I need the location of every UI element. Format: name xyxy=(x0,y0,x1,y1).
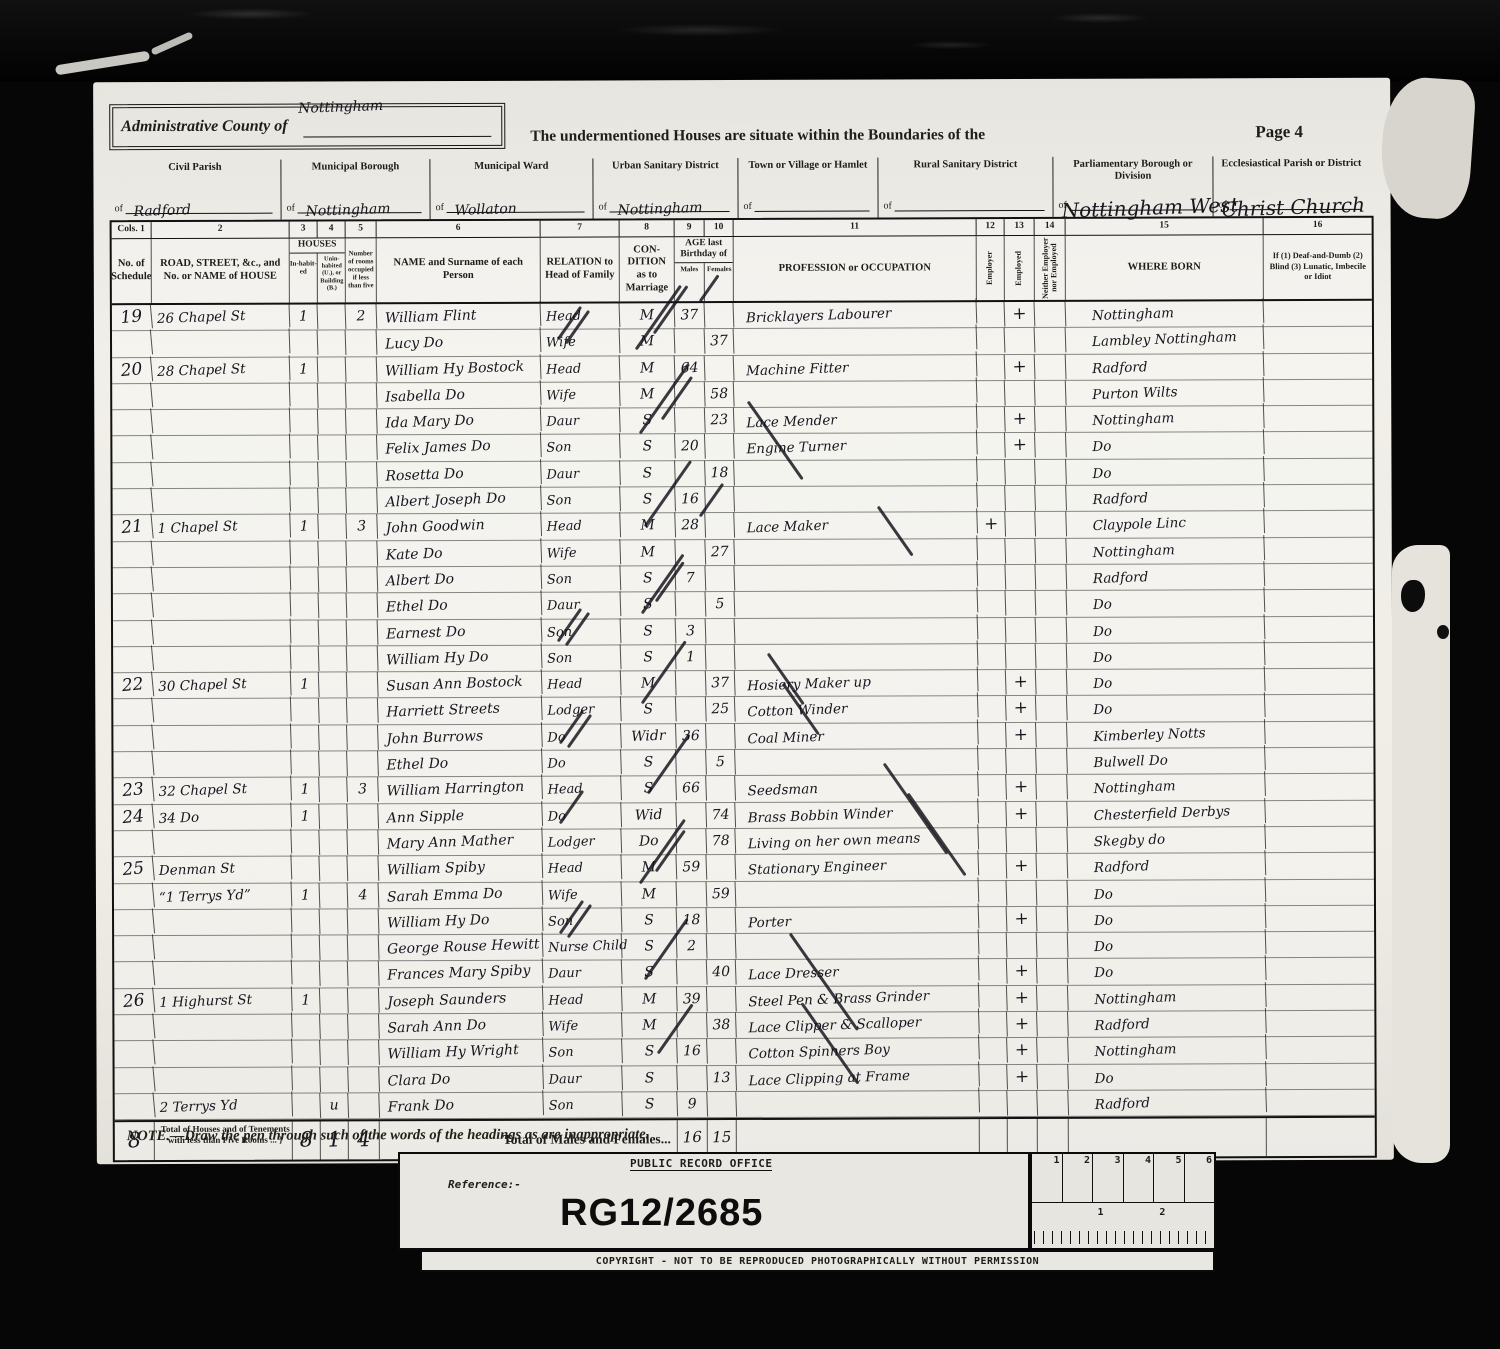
cell-uninh xyxy=(320,909,349,935)
cell-am xyxy=(677,1065,708,1091)
scanner-noise-band xyxy=(0,0,1500,82)
cell-inh xyxy=(292,935,321,961)
cell-cond: S xyxy=(621,644,677,671)
column-number: 9 xyxy=(675,220,705,236)
cell-cond: S xyxy=(621,592,677,619)
of-line: of xyxy=(884,200,1045,212)
cell-addr: 26 Chapel St xyxy=(152,302,291,332)
cell-emp xyxy=(978,617,1007,643)
cell-addr: 28 Chapel St xyxy=(152,355,291,385)
stamp-reference-label: Reference:- xyxy=(448,1178,521,1191)
cell-uninh xyxy=(319,620,348,646)
cell-emp xyxy=(978,696,1007,722)
district-value: Nottingham xyxy=(617,196,703,224)
cell-inh xyxy=(292,1093,321,1119)
cell-rel: Nurse Child xyxy=(543,933,623,961)
header-profession: PROFESSION or OCCUPATION xyxy=(734,236,977,301)
district-value: Nottingham xyxy=(305,197,391,225)
cell-n xyxy=(1035,564,1067,590)
cell-inh xyxy=(292,909,321,935)
cell-uninh xyxy=(318,567,347,593)
cell-inh: 1 xyxy=(291,804,320,830)
cell-am: 18 xyxy=(677,907,708,933)
cell-rel: Head xyxy=(542,854,622,882)
cell-cond: S xyxy=(621,776,677,803)
cell-rooms xyxy=(347,725,379,751)
cell-am xyxy=(676,697,707,723)
cell-rel: Daur xyxy=(543,1065,623,1093)
cell-rooms: 2 xyxy=(346,304,378,330)
cell-af: 27 xyxy=(705,539,735,565)
cell-addr xyxy=(153,723,292,753)
district-value: Christ Church xyxy=(1221,193,1365,223)
cell-name: William Hy Wright xyxy=(379,1037,544,1068)
cell-emp xyxy=(979,906,1008,932)
cell-am xyxy=(677,960,708,986)
district-cell: Urban Sanitary DistrictofNottingham xyxy=(592,158,737,219)
district-label: Urban Sanitary District xyxy=(593,160,737,173)
cell-inf xyxy=(1264,457,1373,486)
district-cell: Ecclesiastical Parish or DistrictofChris… xyxy=(1212,156,1369,217)
cell-uninh xyxy=(318,383,347,409)
cell-af: 25 xyxy=(706,697,736,723)
cell-cond: S xyxy=(622,907,678,934)
cell-s xyxy=(111,382,153,411)
cell-rooms xyxy=(348,961,380,987)
cell-emp xyxy=(979,985,1008,1011)
cell-inf xyxy=(1265,799,1374,828)
cell-n xyxy=(1036,775,1068,801)
cell-addr xyxy=(154,960,293,990)
cell-uninh xyxy=(318,357,347,383)
cell-n xyxy=(1035,485,1067,511)
cell-addr xyxy=(153,749,292,779)
cell-s xyxy=(114,1066,156,1095)
cell-s xyxy=(112,487,154,516)
cell-rel: Wife xyxy=(541,539,621,567)
header-females: Females xyxy=(705,263,734,301)
cell-af: 40 xyxy=(707,960,737,986)
column-number: 5 xyxy=(346,221,377,237)
cell-rel: Lodger xyxy=(542,828,622,856)
cell-s xyxy=(113,908,155,937)
cell-rooms xyxy=(346,435,378,461)
cell-inf xyxy=(1264,509,1373,538)
cell-empd: + xyxy=(1006,854,1037,880)
cell-am xyxy=(676,592,707,618)
cell-uninh xyxy=(319,830,348,856)
cell-inf xyxy=(1266,904,1375,933)
cell-rooms xyxy=(348,988,380,1014)
cell-s xyxy=(114,1092,156,1121)
cell-inh: 1 xyxy=(292,988,321,1014)
cell-rooms xyxy=(347,619,379,645)
cell-rooms xyxy=(347,646,379,672)
cell-addr: 2 Terrys Yd xyxy=(154,1091,293,1121)
cell-rel: Lodger xyxy=(542,697,622,725)
cell-inf xyxy=(1265,641,1374,670)
cell-af: 78 xyxy=(706,829,736,855)
cell-n xyxy=(1035,407,1067,433)
cell-s xyxy=(112,566,154,595)
county-label: Administrative County of xyxy=(121,118,287,137)
cell-n xyxy=(1037,959,1069,985)
cell-inh xyxy=(290,409,319,435)
cell-n xyxy=(1036,722,1068,748)
cell-emp xyxy=(978,670,1007,696)
cell-inf xyxy=(1265,694,1374,723)
cell-s xyxy=(113,1040,155,1069)
cell-rooms xyxy=(347,751,379,777)
header-rooms: Number of rooms occupied if less than fi… xyxy=(346,238,377,302)
cell-inh: 1 xyxy=(292,883,321,909)
cell-inf xyxy=(1264,404,1373,433)
cell-am xyxy=(676,802,707,828)
cell-inf xyxy=(1264,562,1373,591)
of-line: of xyxy=(744,201,870,212)
cell-s xyxy=(113,961,155,990)
cell-addr xyxy=(152,381,291,411)
cell-inh xyxy=(292,1067,321,1093)
cell-cond: Widr xyxy=(621,723,677,750)
cell-s xyxy=(111,330,153,359)
cell-uninh: u xyxy=(320,1093,349,1119)
cell-cond: S xyxy=(622,1065,678,1092)
cell-inf xyxy=(1265,772,1374,801)
cell-addr xyxy=(152,460,291,490)
cell-empd: + xyxy=(1005,354,1036,380)
county-box: Administrative County of Nottingham xyxy=(109,103,505,150)
header-infirmity: If (1) Deaf-and-Dumb (2) Blind (3) Lunat… xyxy=(1264,235,1372,299)
cell-am: 16 xyxy=(677,1039,708,1065)
cell-n xyxy=(1036,748,1068,774)
cell-inf xyxy=(1265,588,1374,617)
cell-cond: Do xyxy=(621,828,677,855)
cell-empd xyxy=(1007,933,1038,959)
cell-empd xyxy=(1007,880,1038,906)
cell-inh xyxy=(290,541,319,567)
district-label: Civil Parish xyxy=(109,162,280,175)
cell-emp: + xyxy=(977,512,1006,538)
cell-s: 22 xyxy=(112,672,154,701)
cell-s xyxy=(111,461,153,490)
cell-emp xyxy=(977,565,1006,591)
cell-am: 37 xyxy=(675,303,706,329)
cell-inh xyxy=(291,856,320,882)
cell-s: 24 xyxy=(113,803,155,832)
cell-rooms xyxy=(347,803,379,829)
cell-s xyxy=(112,750,154,779)
cell-uninh xyxy=(320,1014,349,1040)
cell-uninh xyxy=(318,435,347,461)
cell-rooms xyxy=(348,1093,380,1119)
cell-uninh xyxy=(319,751,348,777)
cell-empd: + xyxy=(1006,801,1037,827)
header-inhabited: In-habit-ed xyxy=(290,253,318,302)
cell-am xyxy=(675,539,706,565)
cell-empd: + xyxy=(1006,670,1037,696)
cell-emp xyxy=(978,591,1007,617)
cell-af: 58 xyxy=(705,381,735,407)
cell-inh xyxy=(290,567,319,593)
cell-addr xyxy=(154,1065,293,1095)
cell-inf xyxy=(1266,878,1375,907)
cell-n xyxy=(1036,696,1068,722)
cell-inf xyxy=(1266,957,1375,986)
cell-am: 3 xyxy=(676,618,707,644)
cell-n xyxy=(1036,670,1068,696)
cell-rel: Head xyxy=(541,355,621,383)
cell-s xyxy=(112,619,154,648)
cell-emp xyxy=(977,486,1006,512)
district-cell: Parliamentary Borough or DivisionofNotti… xyxy=(1052,156,1212,217)
cell-s: 23 xyxy=(113,777,155,806)
cell-inf xyxy=(1266,1035,1375,1064)
cell-emp xyxy=(978,801,1007,827)
cell-emp xyxy=(976,302,1005,328)
cell-af xyxy=(705,434,735,460)
cell-rooms xyxy=(348,1014,380,1040)
cell-am xyxy=(675,329,706,355)
cell-inh xyxy=(290,330,319,356)
cell-n xyxy=(1036,591,1068,617)
cell-empd: + xyxy=(1007,959,1038,985)
cell-inf xyxy=(1266,930,1375,959)
cell-uninh xyxy=(318,304,347,330)
cell-addr xyxy=(154,1039,293,1069)
cell-n xyxy=(1035,512,1067,538)
cell-s xyxy=(113,882,155,911)
cell-s xyxy=(113,1013,155,1042)
header-age: AGE last Birthday of xyxy=(675,237,733,263)
cell-cond: M xyxy=(622,881,678,908)
cell-inh: 1 xyxy=(291,777,320,803)
cell-rooms: 3 xyxy=(347,777,379,803)
cell-uninh xyxy=(319,593,348,619)
cell-uninh xyxy=(320,1067,349,1093)
cell-uninh xyxy=(320,882,349,908)
ruler-top-scale: 123456 xyxy=(1032,1154,1214,1203)
cell-uninh xyxy=(319,804,348,830)
cell-empd xyxy=(1007,1090,1038,1116)
cell-uninh xyxy=(320,1040,349,1066)
cell-emp xyxy=(977,459,1006,485)
cell-cond: Wid xyxy=(621,802,677,829)
cell-s xyxy=(111,409,153,438)
district-label: Municipal Borough xyxy=(281,161,429,174)
ruler-number: 2 xyxy=(1063,1154,1094,1202)
column-number: 12 xyxy=(977,219,1005,235)
cell-addr xyxy=(152,565,291,595)
header-employer: Employer xyxy=(977,236,1005,300)
cell-af xyxy=(706,618,736,644)
cell-rel: Head xyxy=(541,302,621,330)
cell-addr xyxy=(154,907,293,937)
cell-inf xyxy=(1264,431,1373,460)
district-cell: Municipal WardofWollaton xyxy=(429,159,592,220)
cell-uninh xyxy=(318,330,347,356)
cell-rel: Son xyxy=(542,618,622,646)
cell-rel: Son xyxy=(542,644,622,672)
cell-emp xyxy=(979,959,1008,985)
cell-emp xyxy=(978,644,1007,670)
cell-af xyxy=(705,513,735,539)
cell-empd: + xyxy=(1007,1012,1038,1038)
ruler-number: 6 xyxy=(1185,1154,1215,1202)
header-males: Males xyxy=(675,263,705,301)
cell-inf xyxy=(1264,536,1373,565)
cell-cond: M xyxy=(622,986,678,1013)
cell-rel: Head xyxy=(543,986,623,1014)
cell-n xyxy=(1035,538,1067,564)
cell-addr xyxy=(153,644,292,674)
cell-rel: Wife xyxy=(543,881,623,909)
cell-cond: S xyxy=(622,1091,678,1118)
cell-inh xyxy=(290,436,319,462)
cell-rooms xyxy=(346,462,378,488)
cell-rel: Daur xyxy=(542,591,622,619)
header-houses-group: HOUSES In-habit-ed Unin-habited (U.), or… xyxy=(290,238,346,302)
header-relation: RELATION to Head of Family xyxy=(541,237,620,301)
cell-empd: + xyxy=(1007,1038,1038,1064)
cell-rel: Son xyxy=(541,434,621,462)
cell-empd: + xyxy=(1005,433,1036,459)
cell-af xyxy=(707,907,737,933)
district-cell: Town or Village or Hamletof xyxy=(737,158,877,218)
cell-af xyxy=(705,487,735,513)
cell-empd: + xyxy=(1006,722,1037,748)
cell-n xyxy=(1037,906,1069,932)
cell-cond: S xyxy=(622,960,678,987)
cell-n xyxy=(1036,827,1068,853)
cell-af: 74 xyxy=(706,802,736,828)
cell-empd xyxy=(1005,538,1036,564)
census-table: Cols. 12345678910111213141516 No. of Sch… xyxy=(110,216,1377,1163)
cell-am: 20 xyxy=(675,434,706,460)
county-value: Nottingham xyxy=(298,94,384,122)
cell-n xyxy=(1037,1038,1069,1064)
cell-n xyxy=(1036,801,1068,827)
cell-s: 21 xyxy=(112,514,154,543)
cell-af xyxy=(707,986,737,1012)
cell-inh xyxy=(290,383,319,409)
cell-addr xyxy=(153,618,292,648)
district-value: Wollaton xyxy=(454,197,517,224)
cell-cond: M xyxy=(620,329,676,356)
cell-empd xyxy=(1006,827,1037,853)
cell-n xyxy=(1036,854,1068,880)
ruler-number: 5 xyxy=(1154,1154,1185,1202)
cell-am: 2 xyxy=(677,934,708,960)
column-number: 11 xyxy=(734,219,977,236)
cell-emp xyxy=(979,933,1008,959)
cell-af: 37 xyxy=(705,329,735,355)
cell-empd: + xyxy=(1007,985,1038,1011)
cell-inf xyxy=(1266,1062,1375,1091)
cell-rel: Son xyxy=(543,1039,623,1067)
cell-af xyxy=(707,934,737,960)
cell-addr xyxy=(153,592,292,622)
cell-cond: M xyxy=(620,539,676,566)
ruler-number: 2 xyxy=(1159,1207,1165,1218)
district-label: Parliamentary Borough or Division xyxy=(1053,158,1212,183)
cell-s xyxy=(113,934,155,963)
cell-inf xyxy=(1265,720,1374,749)
cell-af: 13 xyxy=(707,1065,737,1091)
cell-cond: S xyxy=(621,749,677,776)
cell-addr: Denman St xyxy=(153,855,292,885)
cell-cond: S xyxy=(622,1039,678,1066)
cell-emp xyxy=(979,1091,1008,1117)
cell-af: 18 xyxy=(705,460,735,486)
stamp-ruler: 123456 12 xyxy=(1030,1152,1216,1250)
cell-am xyxy=(675,460,706,486)
cell-am xyxy=(676,671,707,697)
cell-emp xyxy=(979,880,1008,906)
district-cell: Civil ParishofRadford xyxy=(109,160,280,221)
header-road-street: ROAD, STREET, &c., and No. or NAME of HO… xyxy=(152,239,290,303)
cell-am: 7 xyxy=(675,566,706,592)
cell-n xyxy=(1037,880,1069,906)
cell-inf xyxy=(1264,483,1373,512)
cell-addr: 34 Do xyxy=(153,802,292,832)
cell-inf xyxy=(1266,1088,1375,1117)
cell-rooms xyxy=(346,330,378,356)
cell-rooms xyxy=(347,672,379,698)
cell-am: 36 xyxy=(676,723,707,749)
cell-n xyxy=(1035,380,1067,406)
cell-uninh xyxy=(319,646,348,672)
cell-inf xyxy=(1265,746,1374,775)
cell-inh xyxy=(292,961,321,987)
cell-s xyxy=(112,724,154,753)
cell-s: 26 xyxy=(113,987,155,1016)
cell-af xyxy=(705,355,735,381)
cell-emp xyxy=(978,722,1007,748)
cell-af: 5 xyxy=(706,750,736,776)
cell-addr: 32 Chapel St xyxy=(153,776,292,806)
cell-af: 59 xyxy=(707,881,737,907)
cell-am: 39 xyxy=(677,986,708,1012)
cell-am: 9 xyxy=(677,1092,708,1118)
cell-rooms xyxy=(347,593,379,619)
cell-rooms: 4 xyxy=(348,882,380,908)
cell-s xyxy=(111,435,153,464)
cell-addr xyxy=(152,434,291,464)
cell-addr xyxy=(152,329,291,359)
cell-af: 23 xyxy=(705,408,735,434)
cell-n xyxy=(1035,459,1067,485)
cell-n xyxy=(1035,354,1067,380)
cell-s: 25 xyxy=(113,856,155,885)
cell-n xyxy=(1035,433,1067,459)
cell-uninh xyxy=(318,541,347,567)
cell-emp xyxy=(977,354,1006,380)
cell-addr xyxy=(153,828,292,858)
cell-emp xyxy=(978,749,1007,775)
cell-name: William Harrington xyxy=(378,774,543,805)
cell-n xyxy=(1037,985,1069,1011)
cell-cond: M xyxy=(622,1012,678,1039)
cell-emp xyxy=(977,381,1006,407)
cell-af: 38 xyxy=(707,1013,737,1039)
cell-uninh xyxy=(319,856,348,882)
cell-s xyxy=(112,698,154,727)
cell-rooms xyxy=(348,1066,380,1092)
cell-empd: + xyxy=(1007,906,1038,932)
cell-rel: Daur xyxy=(541,407,621,435)
district-label: Rural Sanitary District xyxy=(878,159,1052,172)
